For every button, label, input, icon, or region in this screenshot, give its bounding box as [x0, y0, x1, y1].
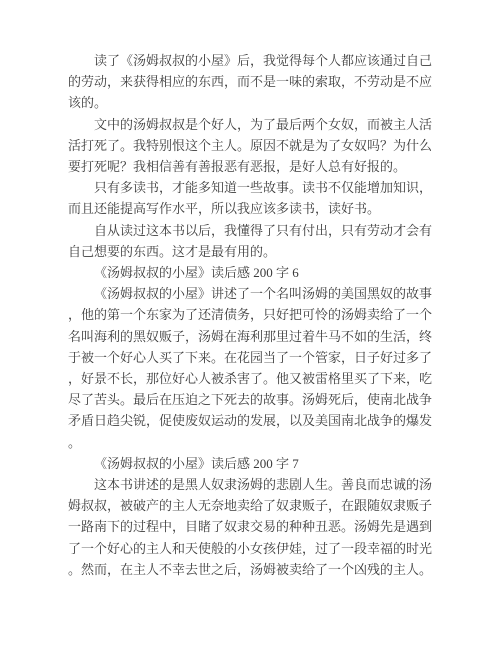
document-text-body: 读了《汤姆叔叔的小屋》后，我觉得每个人都应该通过自己的劳动，来获得相应的东西，而… — [68, 50, 432, 580]
document-page: 读了《汤姆叔叔的小屋》后，我觉得每个人都应该通过自己的劳动，来获得相应的东西，而… — [0, 0, 500, 647]
section-heading: 《汤姆叔叔的小屋》读后感 200 字 6 — [68, 262, 432, 283]
body-paragraph: 只有多读书，才能多知道一些故事。读书不仅能增加知识，而且还能提高写作水平，所以我… — [68, 177, 432, 219]
body-paragraph: 这本书讲述的是黑人奴隶汤姆的悲剧人生。善良而忠诚的汤姆叔叔，被破产的主人无奈地卖… — [68, 474, 432, 580]
body-paragraph: 读了《汤姆叔叔的小屋》后，我觉得每个人都应该通过自己的劳动，来获得相应的东西，而… — [68, 50, 432, 114]
section-heading: 《汤姆叔叔的小屋》读后感 200 字 7 — [68, 453, 432, 474]
body-paragraph: 自从读过这本书以后，我懂得了只有付出，只有劳动才会有自己想要的东西。这才是最有用… — [68, 220, 432, 262]
body-paragraph: 文中的汤姆叔叔是个好人，为了最后两个女奴，而被主人活活打死了。我特别恨这个主人。… — [68, 114, 432, 178]
body-paragraph: 《汤姆叔叔的小屋》讲述了一个名叫汤姆的美国黑奴的故事，他的第一个东家为了还清债务… — [68, 283, 432, 453]
